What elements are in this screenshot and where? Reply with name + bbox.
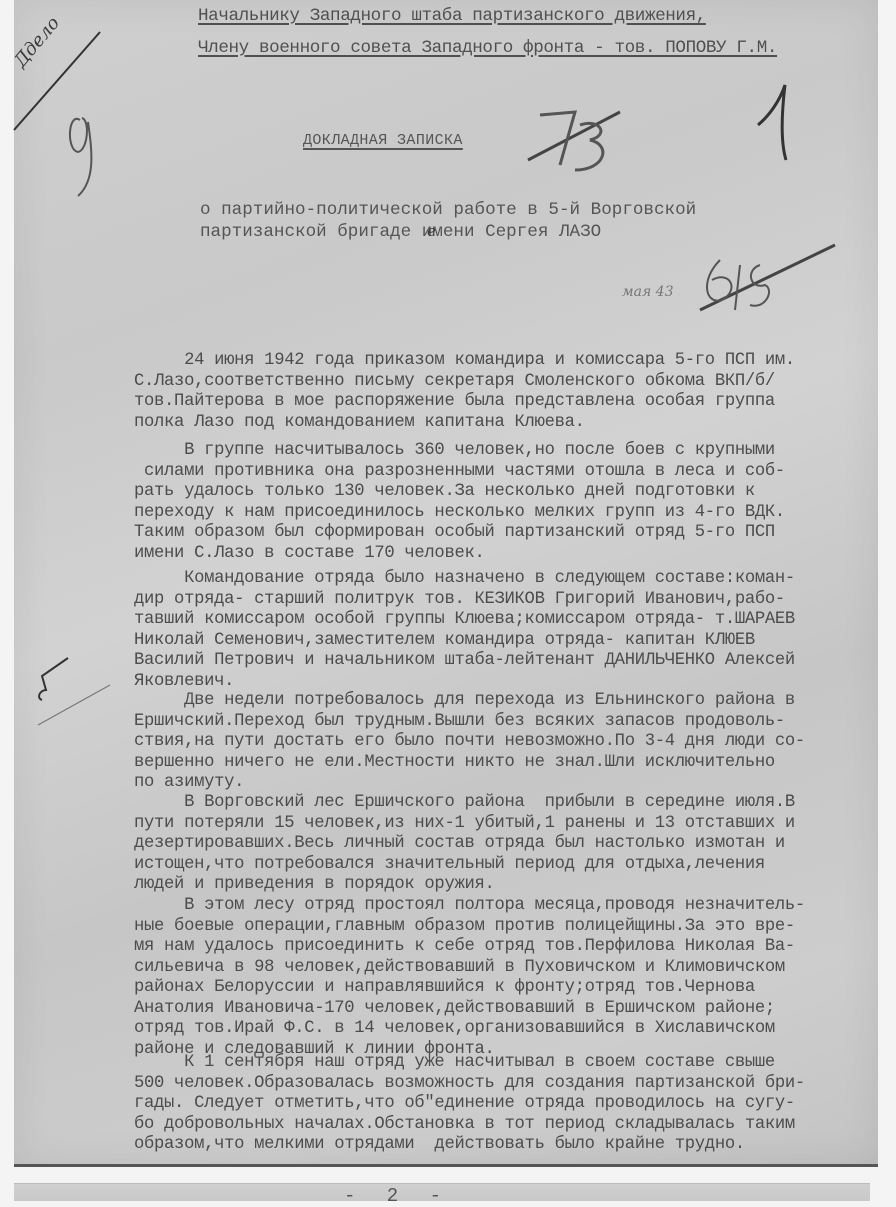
body-line: сильевича в 98 человек,действовавший в П… (134, 957, 785, 979)
body-line: ные боевые операции,главным образом прот… (134, 916, 795, 938)
body-line: переходу к нам присоединилось несколько … (134, 502, 785, 524)
body-line: образом,что мелкими отрядами действовать… (134, 1134, 745, 1156)
body-line: ствия,на пути достать его было почти нев… (134, 731, 805, 753)
body-line: В Ворговский лес Ершичского района прибы… (134, 792, 795, 814)
body-line: Командование отряда было назначено в сле… (134, 568, 795, 590)
body-line: районах Белоруссии и направлявшийся к фр… (134, 977, 755, 999)
body-line: по азимуту. (134, 772, 244, 794)
body-line: Николай Семенович,заместителем командира… (134, 630, 755, 652)
date-note: мая 43 (622, 284, 674, 300)
next-page-number: - 2 - (344, 1185, 451, 1200)
subtitle-line-2: партизанской бригаде имени Сергея ЛАЗО (200, 222, 601, 242)
body-line: тов.Пайтерова в мое распоряжение была пр… (134, 391, 775, 413)
body-line: В группе насчитывалось 360 человек,но по… (134, 440, 775, 462)
body-line: силами противника она разрозненными част… (134, 461, 785, 483)
body-line: тавший комиссаром особой группы Клюева;к… (134, 609, 795, 631)
subtitle-line-1: о партийно-политической работе в 5-й Вор… (200, 200, 696, 220)
body-line: Ершичский.Переход был трудным.Вышли без … (134, 711, 785, 733)
addressee-line-1: Начальнику Западного штаба партизанского… (198, 6, 706, 26)
body-line: полка Лазо под командованием капитана Кл… (134, 412, 585, 434)
body-line: В этом лесу отряд простоял полтора месяц… (134, 895, 805, 917)
body-line: отряд тов.Ирай Ф.С. в 14 человек,организ… (134, 1018, 775, 1040)
body-line: имени С.Лазо в составе 170 человек. (134, 543, 485, 565)
body-line: людей и приведения в порядок оружия. (134, 874, 495, 896)
body-line: дезертировавших.Весь личный состав отряд… (134, 833, 785, 855)
document-title: ДОКЛАДНАЯ ЗАПИСКА (303, 132, 463, 149)
body-line: рать удалось только 130 человек.За неско… (134, 481, 755, 503)
body-line: гады. Следует отметить,что об"единение о… (134, 1093, 795, 1115)
body-line: 24 июня 1942 года приказом командира и к… (134, 350, 795, 372)
body-line: бо добровольных началах.Обстановка в тот… (134, 1114, 795, 1136)
body-line: пути потеряли 15 человек,из них-1 убитый… (134, 813, 795, 835)
addressee-line-2: Члену военного совета Западного фронта -… (198, 38, 777, 58)
body-line: 500 человек.Образовалась возможность для… (134, 1073, 805, 1095)
body-line: истощен,что потребовался значительный пе… (134, 854, 765, 876)
correction-e: е (427, 222, 436, 240)
body-line: Две недели потребовалось для перехода из… (134, 690, 795, 712)
body-line: К 1 сентября наш отряд уже насчитывал в … (134, 1052, 775, 1074)
body-line: мя нам удалось присоединить к себе отряд… (134, 936, 795, 958)
body-line: вершенно ничего не ели.Местности никто н… (134, 752, 775, 774)
body-line: Анатолия Ивановича-170 человек,действова… (134, 998, 775, 1020)
body-line: С.Лазо,соответственно письму секретаря С… (134, 371, 775, 393)
body-line: Василий Петрович и начальником штаба-лей… (134, 650, 795, 672)
body-line: Таким образом был сформирован особый пар… (134, 522, 775, 544)
body-line: дир отряда- старший политрук тов. КЕЗИКО… (134, 589, 785, 611)
